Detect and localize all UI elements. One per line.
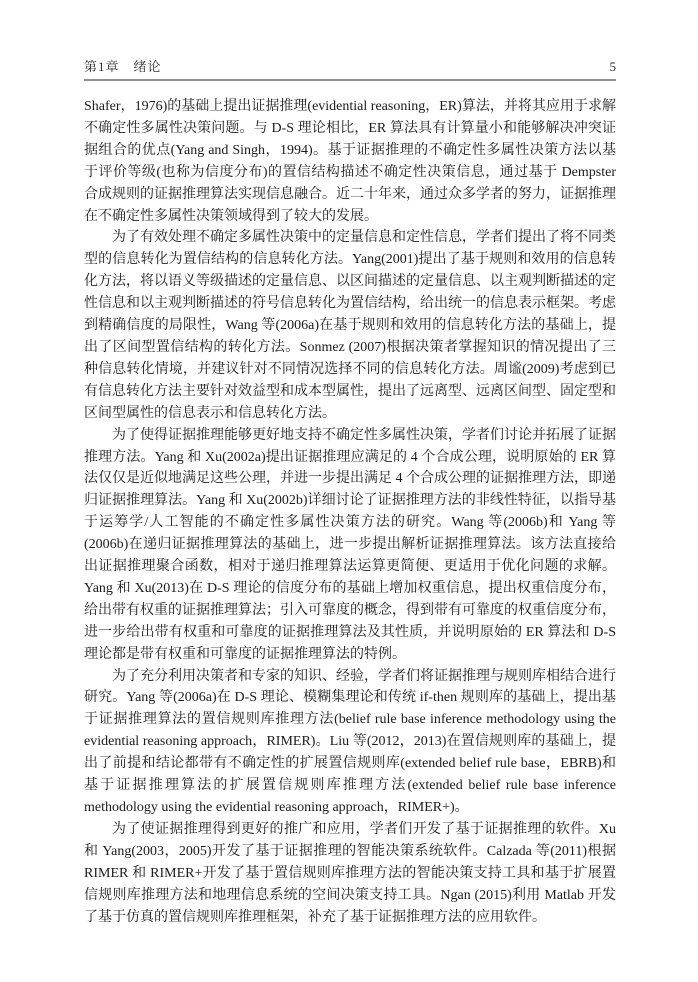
page-content: 第1章 绪论 5 Shafer，1976)的基础上提出证据推理(evidenti… [84,0,616,928]
paragraph-2: 为了有效处理不确定多属性决策中的定量信息和定性信息，学者们提出了将不同类型的信息… [84,227,616,424]
paragraph-5: 为了使证据推理得到更好的推广和应用，学者们开发了基于证据推理的软件。Xu 和 Y… [84,819,616,929]
paragraph-1: Shafer，1976)的基础上提出证据推理(evidential reason… [84,96,616,227]
page-number: 5 [610,59,617,75]
paragraph-4: 为了充分利用决策者和专家的知识、经验，学者们将证据推理与规则库相结合进行研究。Y… [84,666,616,819]
running-header: 第1章 绪论 5 [84,0,616,81]
document-page: 第1章 绪论 5 Shafer，1976)的基础上提出证据推理(evidenti… [0,0,698,982]
paragraph-3: 为了使得证据推理能够更好地支持不确定性多属性决策，学者们讨论并拓展了证据推理方法… [84,425,616,666]
body-text: Shafer，1976)的基础上提出证据推理(evidential reason… [84,96,616,928]
chapter-header-title: 第1章 绪论 [84,56,162,75]
